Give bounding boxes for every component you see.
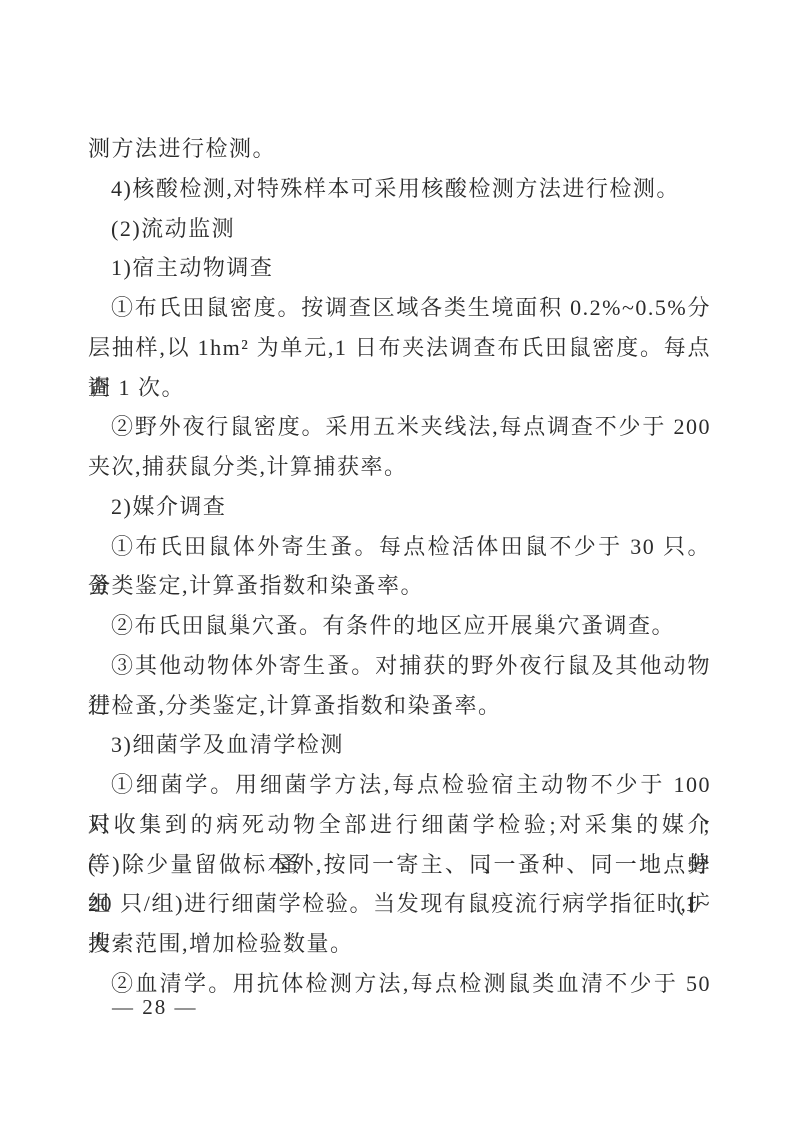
text-line: 层抽样,以 1hm² 为单元,1 日布夹法调查布氏田鼠密度。每点调 [88,328,711,368]
text-line: 搜索范围,增加检验数量。 [88,924,711,964]
text-line: 测方法进行检测。 [88,129,711,169]
text-line: 夹次,捕获鼠分类,计算捕获率。 [88,447,711,487]
text-line: ①布氏田鼠体外寄生蚤。每点检活体田鼠不少于 30 只。蚤 [88,527,711,567]
text-line: ①布氏田鼠密度。按调查区域各类生境面积 0.2%~0.5%分 [88,288,711,328]
text-line: 对收集到的病死动物全部进行细菌学检验;对采集的媒介(蚤、蜱 [88,805,711,845]
text-line: ②布氏田鼠巢穴蚤。有条件的地区应开展巢穴蚤调查。 [88,606,711,646]
text-line: 分类鉴定,计算蚤指数和染蚤率。 [88,566,711,606]
text-line: 4)核酸检测,对特殊样本可采用核酸检测方法进行检测。 [88,169,711,209]
text-line: (2)流动监测 [88,209,711,249]
text-line: 查 1 次。 [88,368,711,408]
text-line: ①细菌学。用细菌学方法,每点检验宿主动物不少于 100 只; [88,765,711,805]
text-line: ③其他动物体外寄生蚤。对捕获的野外夜行鼠及其他动物进 [88,646,711,686]
page-number: — 28 — [112,995,198,1020]
text-line: 等)除少量留做标本外,按同一寄主、同一蚤种、同一地点分组(1~ [88,845,711,885]
text-line: 行检蚤,分类鉴定,计算蚤指数和染蚤率。 [88,686,711,726]
text-line: 1)宿主动物调查 [88,248,711,288]
document-page: 测方法进行检测。 4)核酸检测,对特殊样本可采用核酸检测方法进行检测。 (2)流… [0,0,794,1123]
document-body: 测方法进行检测。 4)核酸检测,对特殊样本可采用核酸检测方法进行检测。 (2)流… [88,129,711,1004]
text-line: 20 只/组)进行细菌学检验。当发现有鼠疫流行病学指征时,扩大 [88,884,711,924]
text-line: 2)媒介调查 [88,487,711,527]
text-line: ②野外夜行鼠密度。采用五米夹线法,每点调查不少于 200 [88,407,711,447]
text-line: 3)细菌学及血清学检测 [88,725,711,765]
